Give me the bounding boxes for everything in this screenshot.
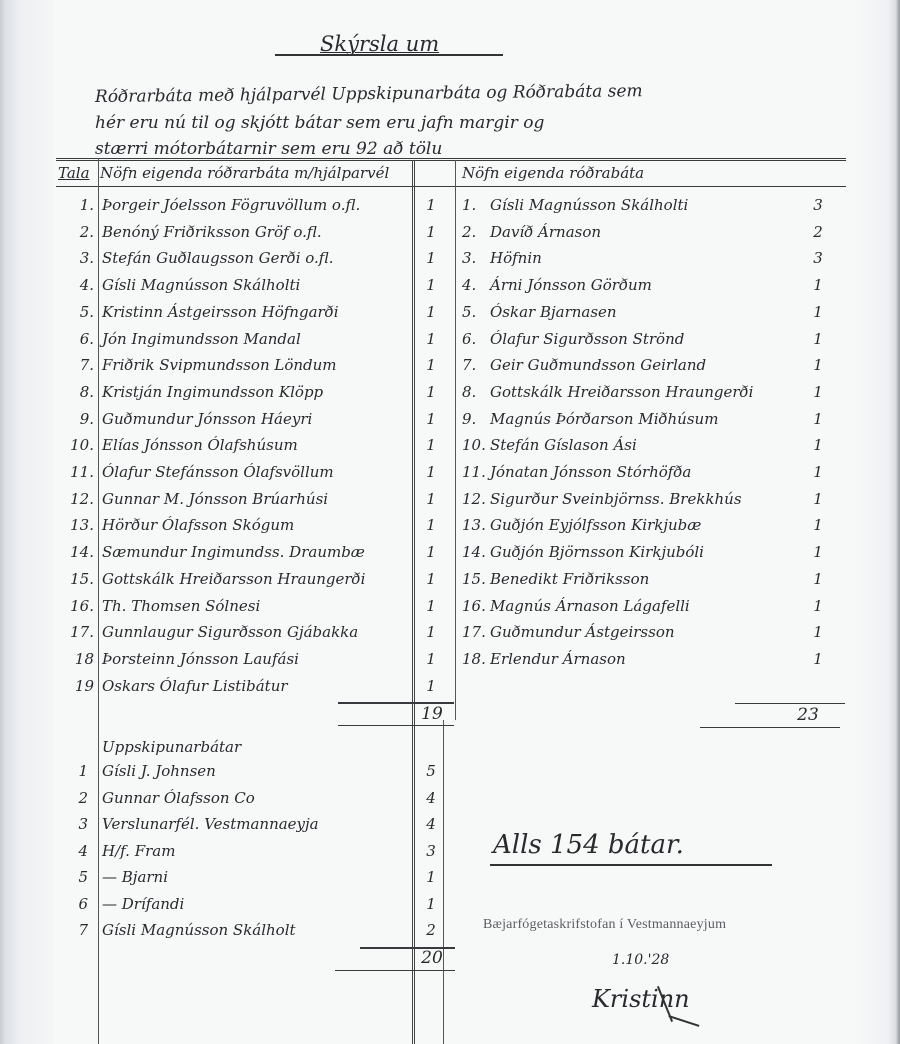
right-table-row: 3.Höfnin3 (0, 249, 900, 273)
owner-name: Gísli J. Johnsen (102, 762, 216, 780)
owner-name: H/f. Fram (102, 842, 175, 860)
owner-name: Jónatan Jónsson Stórhöfða (490, 463, 691, 481)
owner-name: Gottskálk Hreiðarsson Hraungerði (490, 383, 753, 401)
row-number: 19 (58, 677, 94, 695)
row-number: 5 (52, 868, 88, 886)
owner-name: Verslunarfél. Vestmannaeyja (102, 815, 319, 833)
right-total: 23 (790, 705, 826, 725)
row-number: 3 (52, 815, 88, 833)
owner-name: Guðjón Björnsson Kirkjubóli (490, 543, 704, 561)
unloading-table-row: 2Gunnar Ólafsson Co4 (0, 789, 900, 813)
right-table-row: 6.Ólafur Sigurðsson Strönd1 (0, 330, 900, 354)
left-total-rule (338, 725, 454, 726)
boat-count: 3 (808, 196, 828, 214)
boat-count: 5 (421, 762, 441, 780)
unloading-table-row: 3Verslunarfél. Vestmannaeyja4 (0, 815, 900, 839)
table-top-rule (56, 158, 846, 161)
owner-name: Benedikt Friðriksson (490, 570, 649, 588)
boat-count: 1 (808, 463, 828, 481)
grand-total-underline (490, 864, 772, 866)
boat-count: 1 (808, 383, 828, 401)
unloading-total-rule (335, 970, 455, 971)
boat-count: 3 (808, 249, 828, 267)
header-rule (56, 186, 846, 187)
owner-name: Davíð Árnason (490, 223, 601, 241)
signature: Kristinn (592, 985, 690, 1013)
owner-name: Gunnar Ólafsson Co (102, 789, 255, 807)
boat-count: 4 (421, 789, 441, 807)
header-tala: Tala (58, 164, 90, 182)
boat-count: 1 (808, 276, 828, 294)
right-table-row: 13.Guðjón Eyjólfsson Kirkjubæ1 (0, 516, 900, 540)
row-number: 2 (52, 789, 88, 807)
owner-name: Magnús Þórðarson Miðhúsum (490, 410, 718, 428)
boat-count: 2 (421, 921, 441, 939)
right-table-row: 1.Gísli Magnússon Skálholti3 (0, 196, 900, 220)
boat-count: 4 (421, 815, 441, 833)
left-table-row: 19Oskars Ólafur Listibátur1 (0, 677, 900, 701)
owner-name: — Drífandi (102, 895, 184, 913)
intro-text: Róðrarbáta með hjálparvél Uppskipunarbát… (95, 84, 855, 162)
boat-count: 1 (808, 623, 828, 641)
row-number: 4 (52, 842, 88, 860)
owner-name: Óskar Bjarnasen (490, 303, 617, 321)
header-left-names: Nöfn eigenda róðrarbáta m/hjálparvél (100, 164, 389, 182)
unloading-table-row: 5— Bjarni1 (0, 868, 900, 892)
header-right-names: Nöfn eigenda róðrabáta (462, 164, 644, 182)
office-stamp: Bæjarfógetaskrifstofan í Vestmannaeyjum (483, 917, 726, 933)
owner-name: Höfnin (490, 249, 542, 267)
unloading-table-row: 7Gísli Magnússon Skálholt2 (0, 921, 900, 945)
row-number: 1 (52, 762, 88, 780)
right-table-row: 9.Magnús Þórðarson Miðhúsum1 (0, 410, 900, 434)
unloading-table-row: 4H/f. Fram3 (0, 842, 900, 866)
boat-count: 1 (808, 570, 828, 588)
right-table-row: 11.Jónatan Jónsson Stórhöfða1 (0, 463, 900, 487)
owner-name: — Bjarni (102, 868, 168, 886)
intro-line-1: Róðrarbáta með hjálparvél Uppskipunarbát… (95, 76, 855, 110)
unloading-table-row: 6— Drífandi1 (0, 895, 900, 919)
unloading-total: 20 (414, 948, 450, 968)
right-sum-rule (735, 703, 845, 704)
owner-name: Sigurður Sveinbjörnss. Brekkhús (490, 490, 742, 508)
grand-total: Alls 154 bátar. (493, 830, 684, 860)
intro-line-2: hér eru nú til og skjótt bátar sem eru j… (95, 110, 855, 136)
boat-count: 1 (808, 330, 828, 348)
right-table-row: 14.Guðjón Björnsson Kirkjubóli1 (0, 543, 900, 567)
right-table-row: 16.Magnús Árnason Lágafelli1 (0, 597, 900, 621)
right-table-row: 8.Gottskálk Hreiðarsson Hraungerði1 (0, 383, 900, 407)
document-title: Skýrsla um (320, 32, 439, 56)
right-table-row: 15.Benedikt Friðriksson1 (0, 570, 900, 594)
right-total-rule (700, 727, 840, 728)
unloading-table-row: 1Gísli J. Johnsen5 (0, 762, 900, 786)
owner-name: Árni Jónsson Görðum (490, 276, 652, 294)
boat-count: 1 (808, 303, 828, 321)
boat-count: 1 (421, 895, 441, 913)
boat-count: 1 (808, 410, 828, 428)
title-underline (275, 54, 503, 56)
date: 1.10.'28 (612, 952, 669, 968)
boat-count: 1 (808, 490, 828, 508)
owner-name: Geir Guðmundsson Geirland (490, 356, 706, 374)
owner-name: Guðmundur Ástgeirsson (490, 623, 675, 641)
owner-name: Gísli Magnússon Skálholti (490, 196, 688, 214)
owner-name: Stefán Gíslason Ási (490, 436, 637, 454)
boat-count: 2 (808, 223, 828, 241)
right-table-row: 10.Stefán Gíslason Ási1 (0, 436, 900, 460)
boat-count: 1 (808, 516, 828, 534)
boat-count: 1 (808, 597, 828, 615)
owner-name: Gísli Magnússon Skálholt (102, 921, 296, 939)
boat-count: 1 (421, 677, 441, 695)
unloading-boats-heading: Uppskipunarbátar (102, 738, 241, 756)
boat-count: 1 (808, 543, 828, 561)
right-table-row: 2.Davíð Árnason2 (0, 223, 900, 247)
right-table-row: 7.Geir Guðmundsson Geirland1 (0, 356, 900, 380)
right-table-row: 17.Guðmundur Ástgeirsson1 (0, 623, 900, 647)
owner-name: Ólafur Sigurðsson Strönd (490, 330, 684, 348)
boat-count: 1 (808, 436, 828, 454)
row-number: 7 (52, 921, 88, 939)
owner-name: Erlendur Árnason (490, 650, 626, 668)
owner-name: Magnús Árnason Lágafelli (490, 597, 690, 615)
boat-count: 1 (808, 650, 828, 668)
right-table-row: 4.Árni Jónsson Görðum1 (0, 276, 900, 300)
right-table-row: 12.Sigurður Sveinbjörnss. Brekkhús1 (0, 490, 900, 514)
boat-count: 1 (421, 868, 441, 886)
boat-count: 3 (421, 842, 441, 860)
left-total: 19 (414, 704, 450, 724)
row-number: 6 (52, 895, 88, 913)
boat-count: 1 (808, 356, 828, 374)
right-table-row: 18.Erlendur Árnason1 (0, 650, 900, 674)
owner-name: Guðjón Eyjólfsson Kirkjubæ (490, 516, 701, 534)
owner-name: Oskars Ólafur Listibátur (102, 677, 288, 695)
right-table-row: 5.Óskar Bjarnasen1 (0, 303, 900, 327)
